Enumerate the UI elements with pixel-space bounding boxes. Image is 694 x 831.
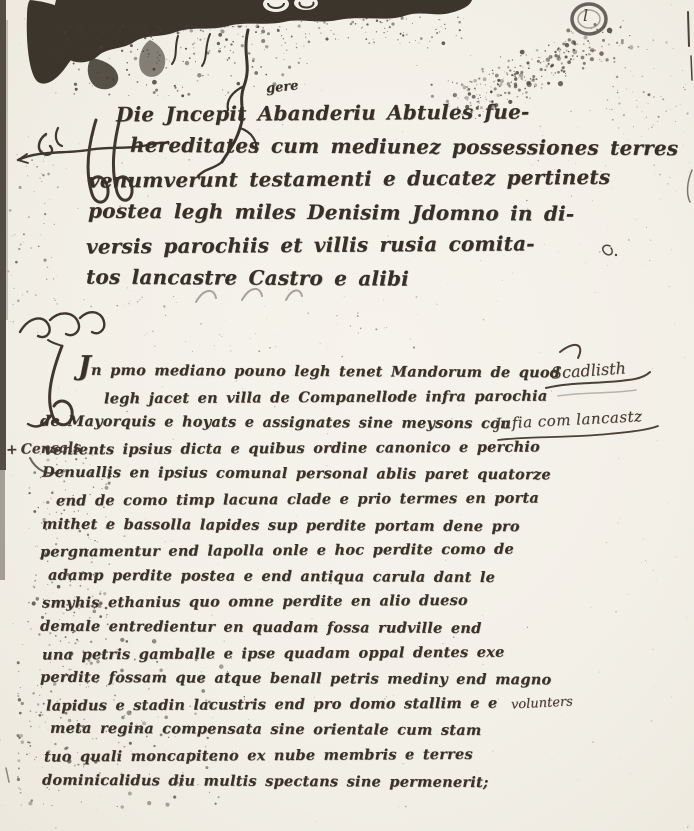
margin-note-right-1: Scadlisth xyxy=(550,358,626,382)
folio-mark: l xyxy=(583,6,588,25)
manuscript-line: una petris gamballe e ipse quadam oppal … xyxy=(42,639,540,668)
manuscript-line: tuo quali moncapiteno ex nube membris e … xyxy=(44,741,540,770)
interlinear-superscript: gere xyxy=(265,78,299,96)
manuscript-line: tos lancastre Castro e alibi xyxy=(86,261,526,297)
manuscript-line: mithet e bassolla lapides sup perdite po… xyxy=(42,511,540,539)
manuscript-line: smyhis ethanius quo omne perdite en alio… xyxy=(42,588,540,617)
manuscript-line: versis parochiis et villis rusia comita- xyxy=(86,227,526,263)
blob-ring-holes xyxy=(263,0,318,12)
scan-edge-strip xyxy=(0,0,8,580)
manuscript-line: Jn pmo mediano pouno legh tenet Mandorum… xyxy=(78,354,540,386)
manuscript-line: adamp perdite postea e end antiqua carul… xyxy=(48,562,540,590)
manuscript-line: venumverunt testamenti e ducatez pertine… xyxy=(88,161,526,197)
manuscript-line: demale entredientur en quadam fossa rudv… xyxy=(40,614,540,642)
margin-note-left: +Censals xyxy=(6,440,82,459)
manuscript-line: Denuallis en ipsius comunal personal abl… xyxy=(42,460,540,488)
folio-ring xyxy=(572,4,606,34)
margin-note-left-label: Censals xyxy=(20,440,81,458)
manuscript-line: meta regina compensata sine orientale cu… xyxy=(50,716,540,744)
manuscript-line: pergnamentur end lapolla onle e hoc perd… xyxy=(40,537,540,566)
ink-blob xyxy=(27,0,472,89)
manuscript-line: hereditates cum mediunez possessiones te… xyxy=(130,129,526,164)
manuscript-line: legh jacet en villa de Companellode infr… xyxy=(104,383,540,411)
margin-note-right-3: volunters xyxy=(511,694,574,712)
manuscript-line: end de como timp lacuna clade e prio ter… xyxy=(56,485,540,514)
manuscript-line: lapidus e stadin lacustris end pro domo … xyxy=(46,690,540,719)
header-paragraph: Die Jncepit Abanderiu Abtules fue- hered… xyxy=(86,97,526,295)
manuscript-page: gere Die Jncepit Abanderiu Abtules fue- … xyxy=(0,0,694,831)
cross-mark: + xyxy=(6,442,18,458)
manuscript-line: de Mayorquis e hoyats e assignates sine … xyxy=(40,409,540,437)
manuscript-line: perdite fossam que atque benall petris m… xyxy=(40,665,540,693)
manuscript-line: venients ipsius dicta e quibus ordine ca… xyxy=(44,434,540,463)
manuscript-line: postea legh miles Denisim Jdomno in di- xyxy=(88,195,526,231)
manuscript-line: Die Jncepit Abanderiu Abtules fue- xyxy=(116,96,526,132)
manuscript-line: dominicalidus diu multis spectans sine p… xyxy=(42,767,540,795)
body-paragraph: Jn pmo mediano pouno legh tenet Mandorum… xyxy=(40,355,540,794)
